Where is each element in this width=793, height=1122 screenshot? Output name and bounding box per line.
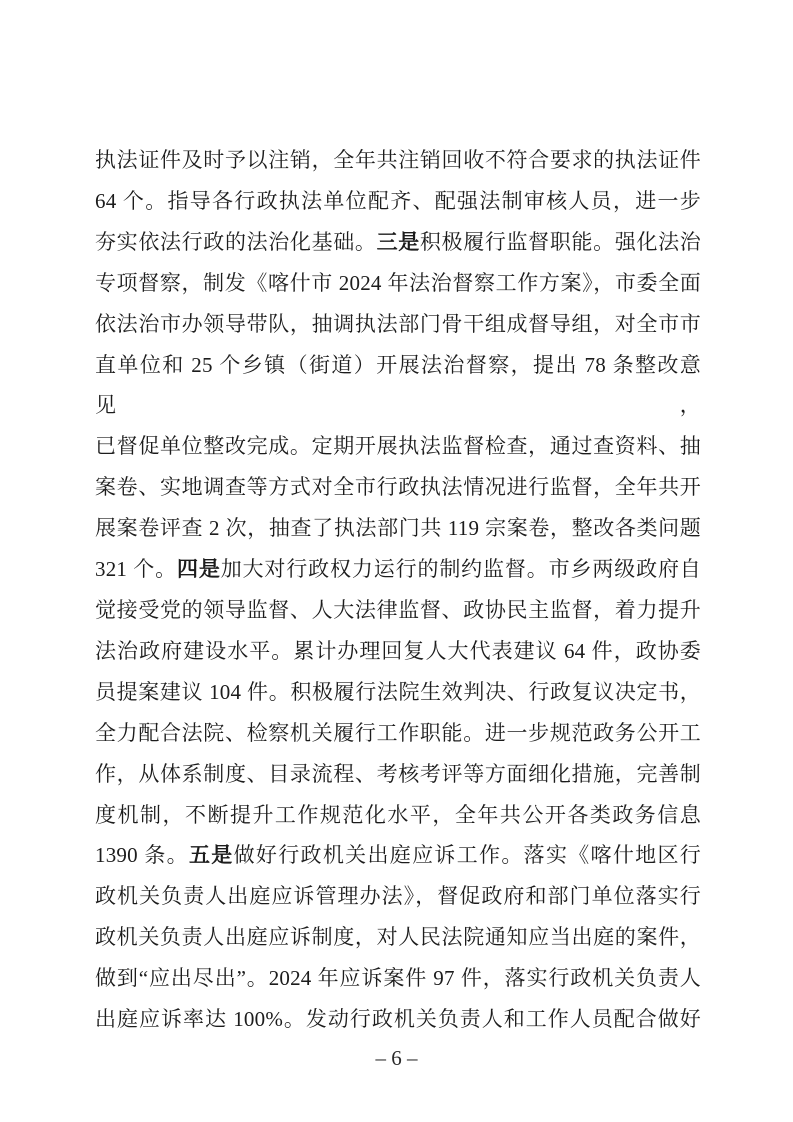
text-run: 1390 条。	[95, 843, 189, 867]
text-run: 做到“应出尽出”。2024 年应诉案件 97 件，落实行政机关负责人	[95, 966, 701, 990]
text-run: 夯实依法行政的法治化基础。	[95, 230, 377, 254]
text-run: 作，从体系制度、目录流程、考核考评等方面细化措施，完善制	[95, 762, 701, 786]
text-line: 已督促单位整改完成。定期开展执法监督检查，通过查资料、抽	[95, 426, 701, 467]
text-line: 321 个。四是加大对行政权力运行的制约监督。市乡两级政府自	[95, 549, 701, 590]
text-run: 展案卷评查 2 次，抽查了执法部门共 119 宗案卷，整改各类问题	[95, 516, 701, 540]
text-line: 直单位和 25 个乡镇（街道）开展法治督察，提出 78 条整改意见，	[95, 345, 701, 427]
text-line: 法治政府建设水平。累计办理回复人大代表建议 64 件，政协委	[95, 631, 701, 672]
bold-run: 五是	[189, 843, 234, 867]
text-line: 专项督察，制发《喀什市 2024 年法治督察工作方案》，市委全面	[95, 263, 701, 304]
text-line: 做到“应出尽出”。2024 年应诉案件 97 件，落实行政机关负责人	[95, 958, 701, 999]
page-body: 执法证件及时予以注销，全年共注销回收不符合要求的执法证件64 个。指导各行政执法…	[95, 140, 701, 1040]
text-run: 积极履行监督职能。强化法治	[420, 230, 701, 254]
text-run: 直单位和 25 个乡镇（街道）开展法治督察，提出 78 条整改意见，	[95, 353, 701, 418]
text-line: 1390 条。五是做好行政机关出庭应诉工作。落实《喀什地区行	[95, 835, 701, 876]
text-run: 法治政府建设水平。累计办理回复人大代表建议 64 件，政协委	[95, 639, 701, 663]
text-line: 执法证件及时予以注销，全年共注销回收不符合要求的执法证件	[95, 140, 701, 181]
text-line: 夯实依法行政的法治化基础。三是积极履行监督职能。强化法治	[95, 222, 701, 263]
text-line: 出庭应诉率达 100%。发动行政机关负责人和工作人员配合做好	[95, 999, 701, 1040]
text-run: 专项督察，制发《喀什市 2024 年法治督察工作方案》，市委全面	[95, 271, 701, 295]
document-page: 执法证件及时予以注销，全年共注销回收不符合要求的执法证件64 个。指导各行政执法…	[0, 0, 793, 1122]
text-run: 政机关负责人出庭应诉管理办法》，督促政府和部门单位落实行	[95, 884, 701, 908]
text-run: 政机关负责人出庭应诉制度，对人民法院通知应当出庭的案件，	[95, 925, 701, 949]
text-line: 展案卷评查 2 次，抽查了执法部门共 119 宗案卷，整改各类问题	[95, 508, 701, 549]
text-run: 依法治市办领导带队，抽调执法部门骨干组成督导组，对全市市	[95, 312, 701, 336]
text-line: 案卷、实地调查等方式对全市行政执法情况进行监督，全年共开	[95, 467, 701, 508]
bold-run: 三是	[377, 230, 420, 254]
text-line: 政机关负责人出庭应诉管理办法》，督促政府和部门单位落实行	[95, 876, 701, 917]
page-number: – 6 –	[0, 1044, 793, 1072]
text-run: 加大对行政权力运行的制约监督。市乡两级政府自	[221, 557, 701, 581]
text-run: 321 个。	[95, 557, 177, 581]
text-run: 员提案建议 104 件。积极履行法院生效判决、行政复议决定书，	[95, 680, 701, 704]
text-line: 觉接受党的领导监督、人大法律监督、政协民主监督，着力提升	[95, 590, 701, 631]
text-line: 度机制，不断提升工作规范化水平，全年共公开各类政务信息	[95, 795, 701, 836]
text-run: 做好行政机关出庭应诉工作。落实《喀什地区行	[234, 843, 701, 867]
text-line: 政机关负责人出庭应诉制度，对人民法院通知应当出庭的案件，	[95, 917, 701, 958]
text-run: 已督促单位整改完成。定期开展执法监督检查，通过查资料、抽	[95, 434, 701, 458]
bold-run: 四是	[177, 557, 221, 581]
text-line: 全力配合法院、检察机关履行工作职能。进一步规范政务公开工	[95, 713, 701, 754]
text-line: 依法治市办领导带队，抽调执法部门骨干组成督导组，对全市市	[95, 304, 701, 345]
text-line: 员提案建议 104 件。积极履行法院生效判决、行政复议决定书，	[95, 672, 701, 713]
text-line: 作，从体系制度、目录流程、考核考评等方面细化措施，完善制	[95, 754, 701, 795]
text-run: 案卷、实地调查等方式对全市行政执法情况进行监督，全年共开	[95, 475, 701, 499]
text-run: 觉接受党的领导监督、人大法律监督、政协民主监督，着力提升	[95, 598, 701, 622]
text-line: 64 个。指导各行政执法单位配齐、配强法制审核人员，进一步	[95, 181, 701, 222]
text-run: 度机制，不断提升工作规范化水平，全年共公开各类政务信息	[95, 803, 701, 827]
text-run: 64 个。指导各行政执法单位配齐、配强法制审核人员，进一步	[95, 189, 701, 213]
text-run: 出庭应诉率达 100%。发动行政机关负责人和工作人员配合做好	[95, 1007, 701, 1031]
text-run: 全力配合法院、检察机关履行工作职能。进一步规范政务公开工	[95, 721, 701, 745]
text-run: 执法证件及时予以注销，全年共注销回收不符合要求的执法证件	[95, 148, 701, 172]
